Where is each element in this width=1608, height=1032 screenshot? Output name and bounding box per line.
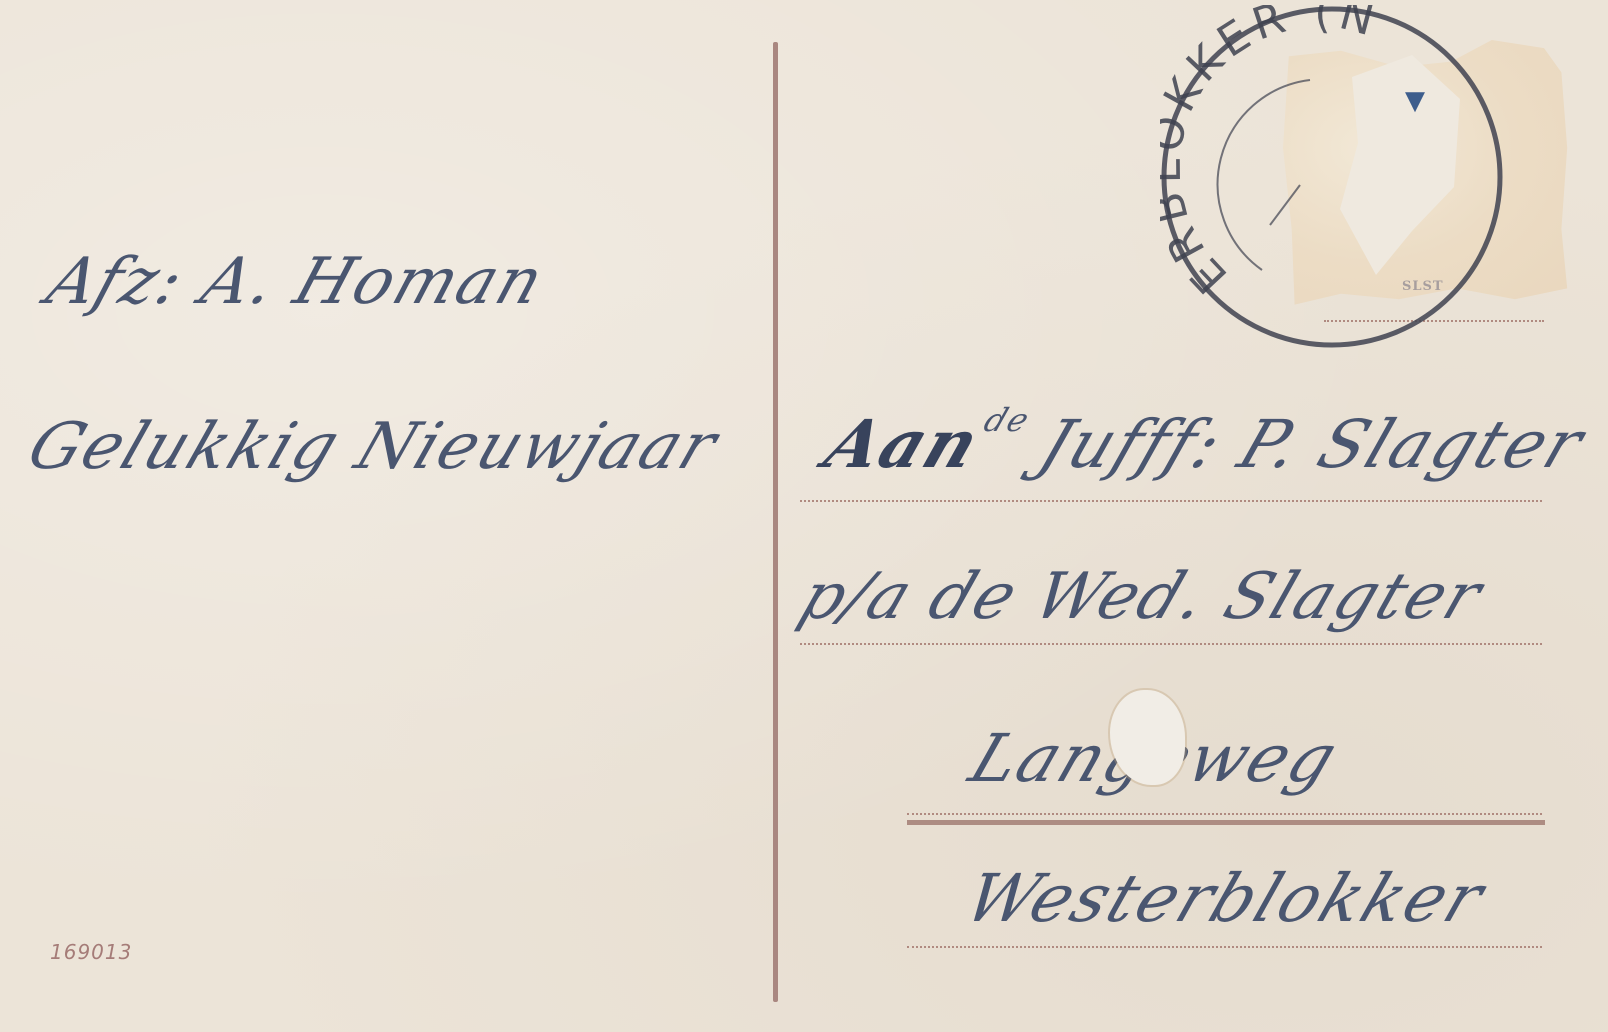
address-recipient: Jufff: P. Slagter xyxy=(1029,406,1595,483)
postmark-text: ERBLOKKER (N xyxy=(1160,5,1385,303)
address-line-2-text: p/a de Wed. Slagter xyxy=(790,560,1493,634)
address-line-3-solid xyxy=(907,820,1545,825)
postcard-back: Afz: A. Homan Gelukkig Nieuwjaar 169013 … xyxy=(0,0,1608,1032)
address-line-1 xyxy=(800,500,1542,502)
postmark-inner-ring xyxy=(1218,80,1310,270)
address-line-4-text: Westerblokker xyxy=(955,860,1495,937)
address-line-1-text: Aande Jufff: P. Slagter xyxy=(815,405,1595,483)
sender-line: Afz: A. Homan xyxy=(38,245,554,319)
address-prefix: Aan xyxy=(815,405,991,483)
address-line-2 xyxy=(800,643,1542,645)
address-line-4 xyxy=(907,946,1542,948)
center-divider xyxy=(773,42,778,1002)
postmark: ERBLOKKER (N xyxy=(1160,5,1520,365)
serial-number: 169013 xyxy=(50,940,132,964)
address-line-3 xyxy=(907,813,1542,815)
greeting-text: Gelukkig Nieuwjaar xyxy=(18,410,728,484)
